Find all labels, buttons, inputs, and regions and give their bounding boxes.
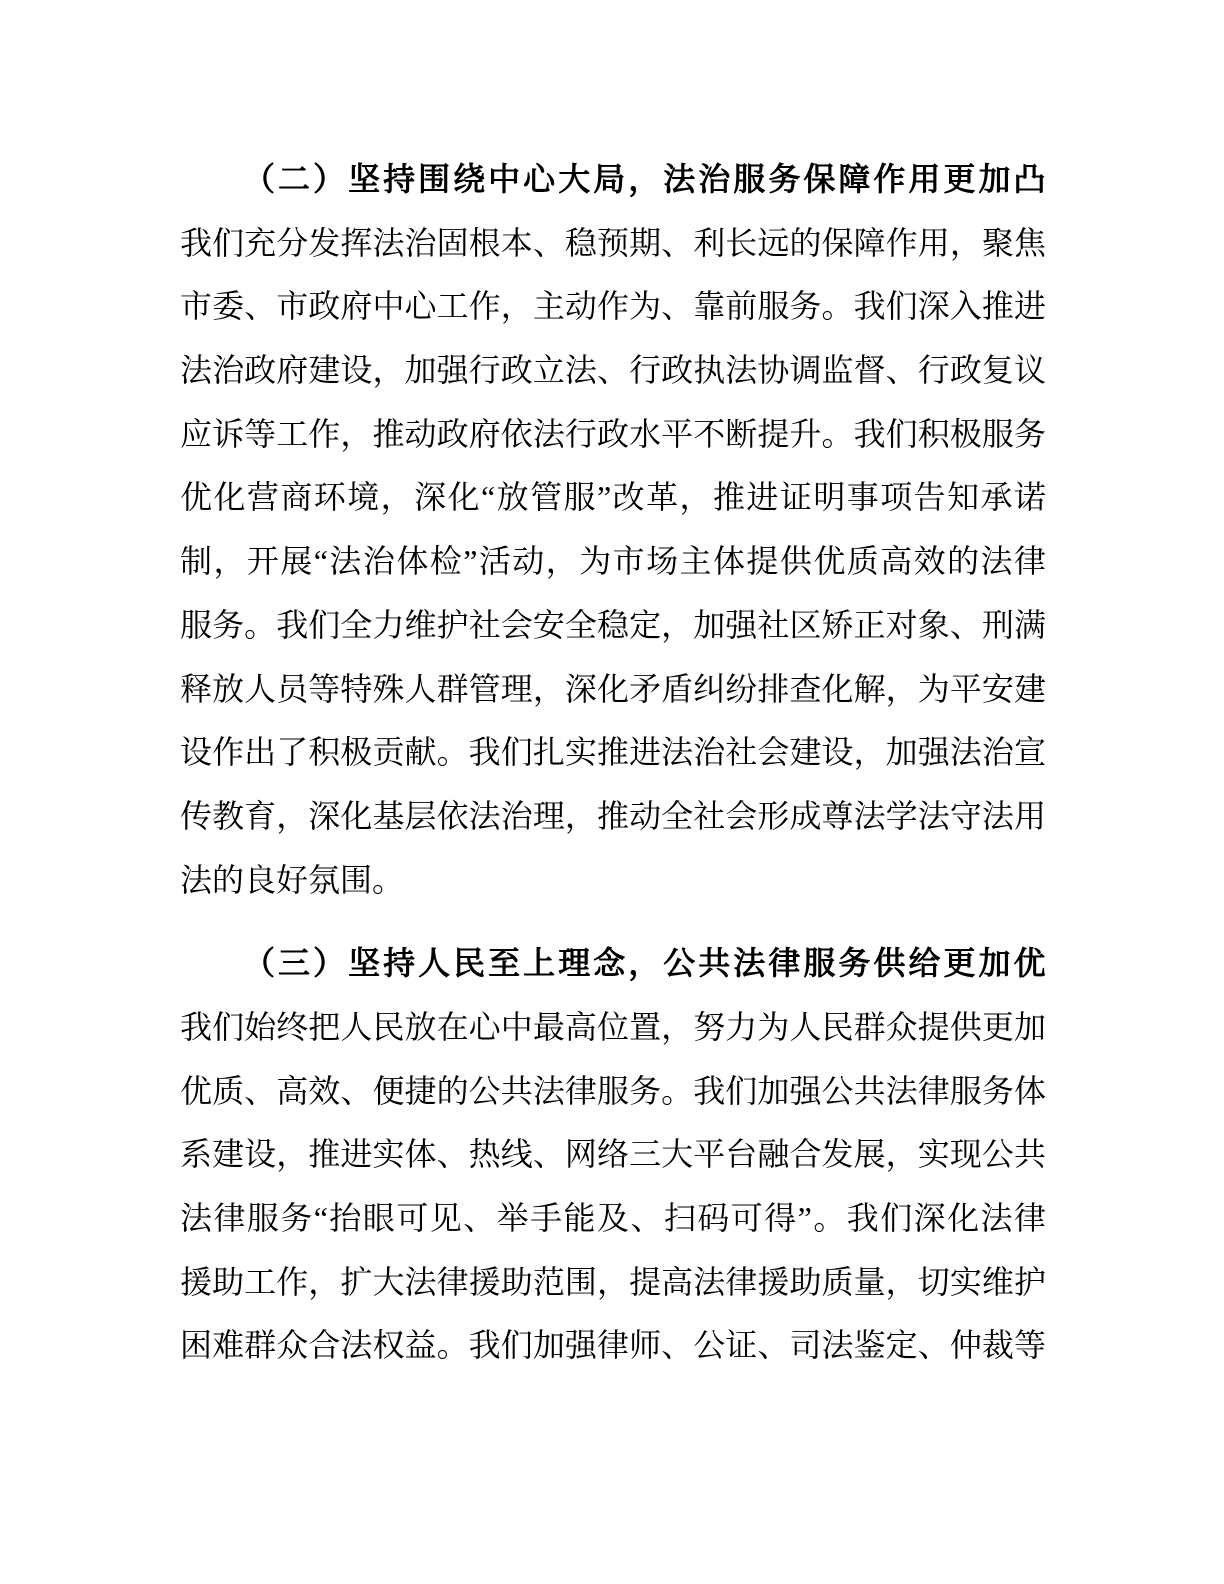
paragraph-line: 援助工作，扩大法律援助范围，提高法律援助质量，切实维护 — [180, 1251, 1046, 1315]
paragraph-line: 法律服务“抬眼可见、举手能及、扫码可得”。我们深化法律 — [180, 1187, 1046, 1251]
paragraph-line: 传教育，深化基层依法治理，推动全社会形成尊法学法守法用 — [180, 785, 1046, 849]
paragraph-line: 我们充分发挥法治固根本、稳预期、利长远的保障作用，聚焦 — [180, 212, 1046, 276]
document-body: （二）坚持围绕中心大局，法治服务保障作用更加凸显。 我们充分发挥法治固根本、稳预… — [180, 148, 1046, 1378]
paragraph-line: 设作出了积极贡献。我们扎实推进法治社会建设，加强法治宣 — [180, 721, 1046, 785]
paragraph-line: 法治政府建设，加强行政立法、行政执法协调监督、行政复议 — [180, 339, 1046, 403]
paragraph-line: 制，开展“法治体检”活动，为市场主体提供优质高效的法律 — [180, 530, 1046, 594]
paragraph-line: 优化营商环境，深化“放管服”改革，推进证明事项告知承诺 — [180, 466, 1046, 530]
paragraph-line: 我们始终把人民放在心中最高位置，努力为人民群众提供更加 — [180, 996, 1046, 1060]
section-2-heading: （二）坚持围绕中心大局，法治服务保障作用更加凸显。 — [180, 148, 1046, 212]
paragraph-line: 应诉等工作，推动政府依法行政水平不断提升。我们积极服务 — [180, 403, 1046, 467]
paragraph-line: 法的良好氛围。 — [180, 849, 1046, 913]
section-3-heading: （三）坚持人民至上理念，公共法律服务供给更加优质。 — [180, 932, 1046, 996]
document-page: （二）坚持围绕中心大局，法治服务保障作用更加凸显。 我们充分发挥法治固根本、稳预… — [0, 0, 1224, 1584]
paragraph-line: 市委、市政府中心工作，主动作为、靠前服务。我们深入推进 — [180, 275, 1046, 339]
paragraph-line: 系建设，推进实体、热线、网络三大平台融合发展，实现公共 — [180, 1123, 1046, 1187]
paragraph-line: 释放人员等特殊人群管理，深化矛盾纠纷排查化解，为平安建 — [180, 658, 1046, 722]
paragraph-line: 优质、高效、便捷的公共法律服务。我们加强公共法律服务体 — [180, 1060, 1046, 1124]
paragraph-line: 服务。我们全力维护社会安全稳定，加强社区矫正对象、刑满 — [180, 594, 1046, 658]
paragraph-line: 困难群众合法权益。我们加强律师、公证、司法鉴定、仲裁等 — [180, 1314, 1046, 1378]
